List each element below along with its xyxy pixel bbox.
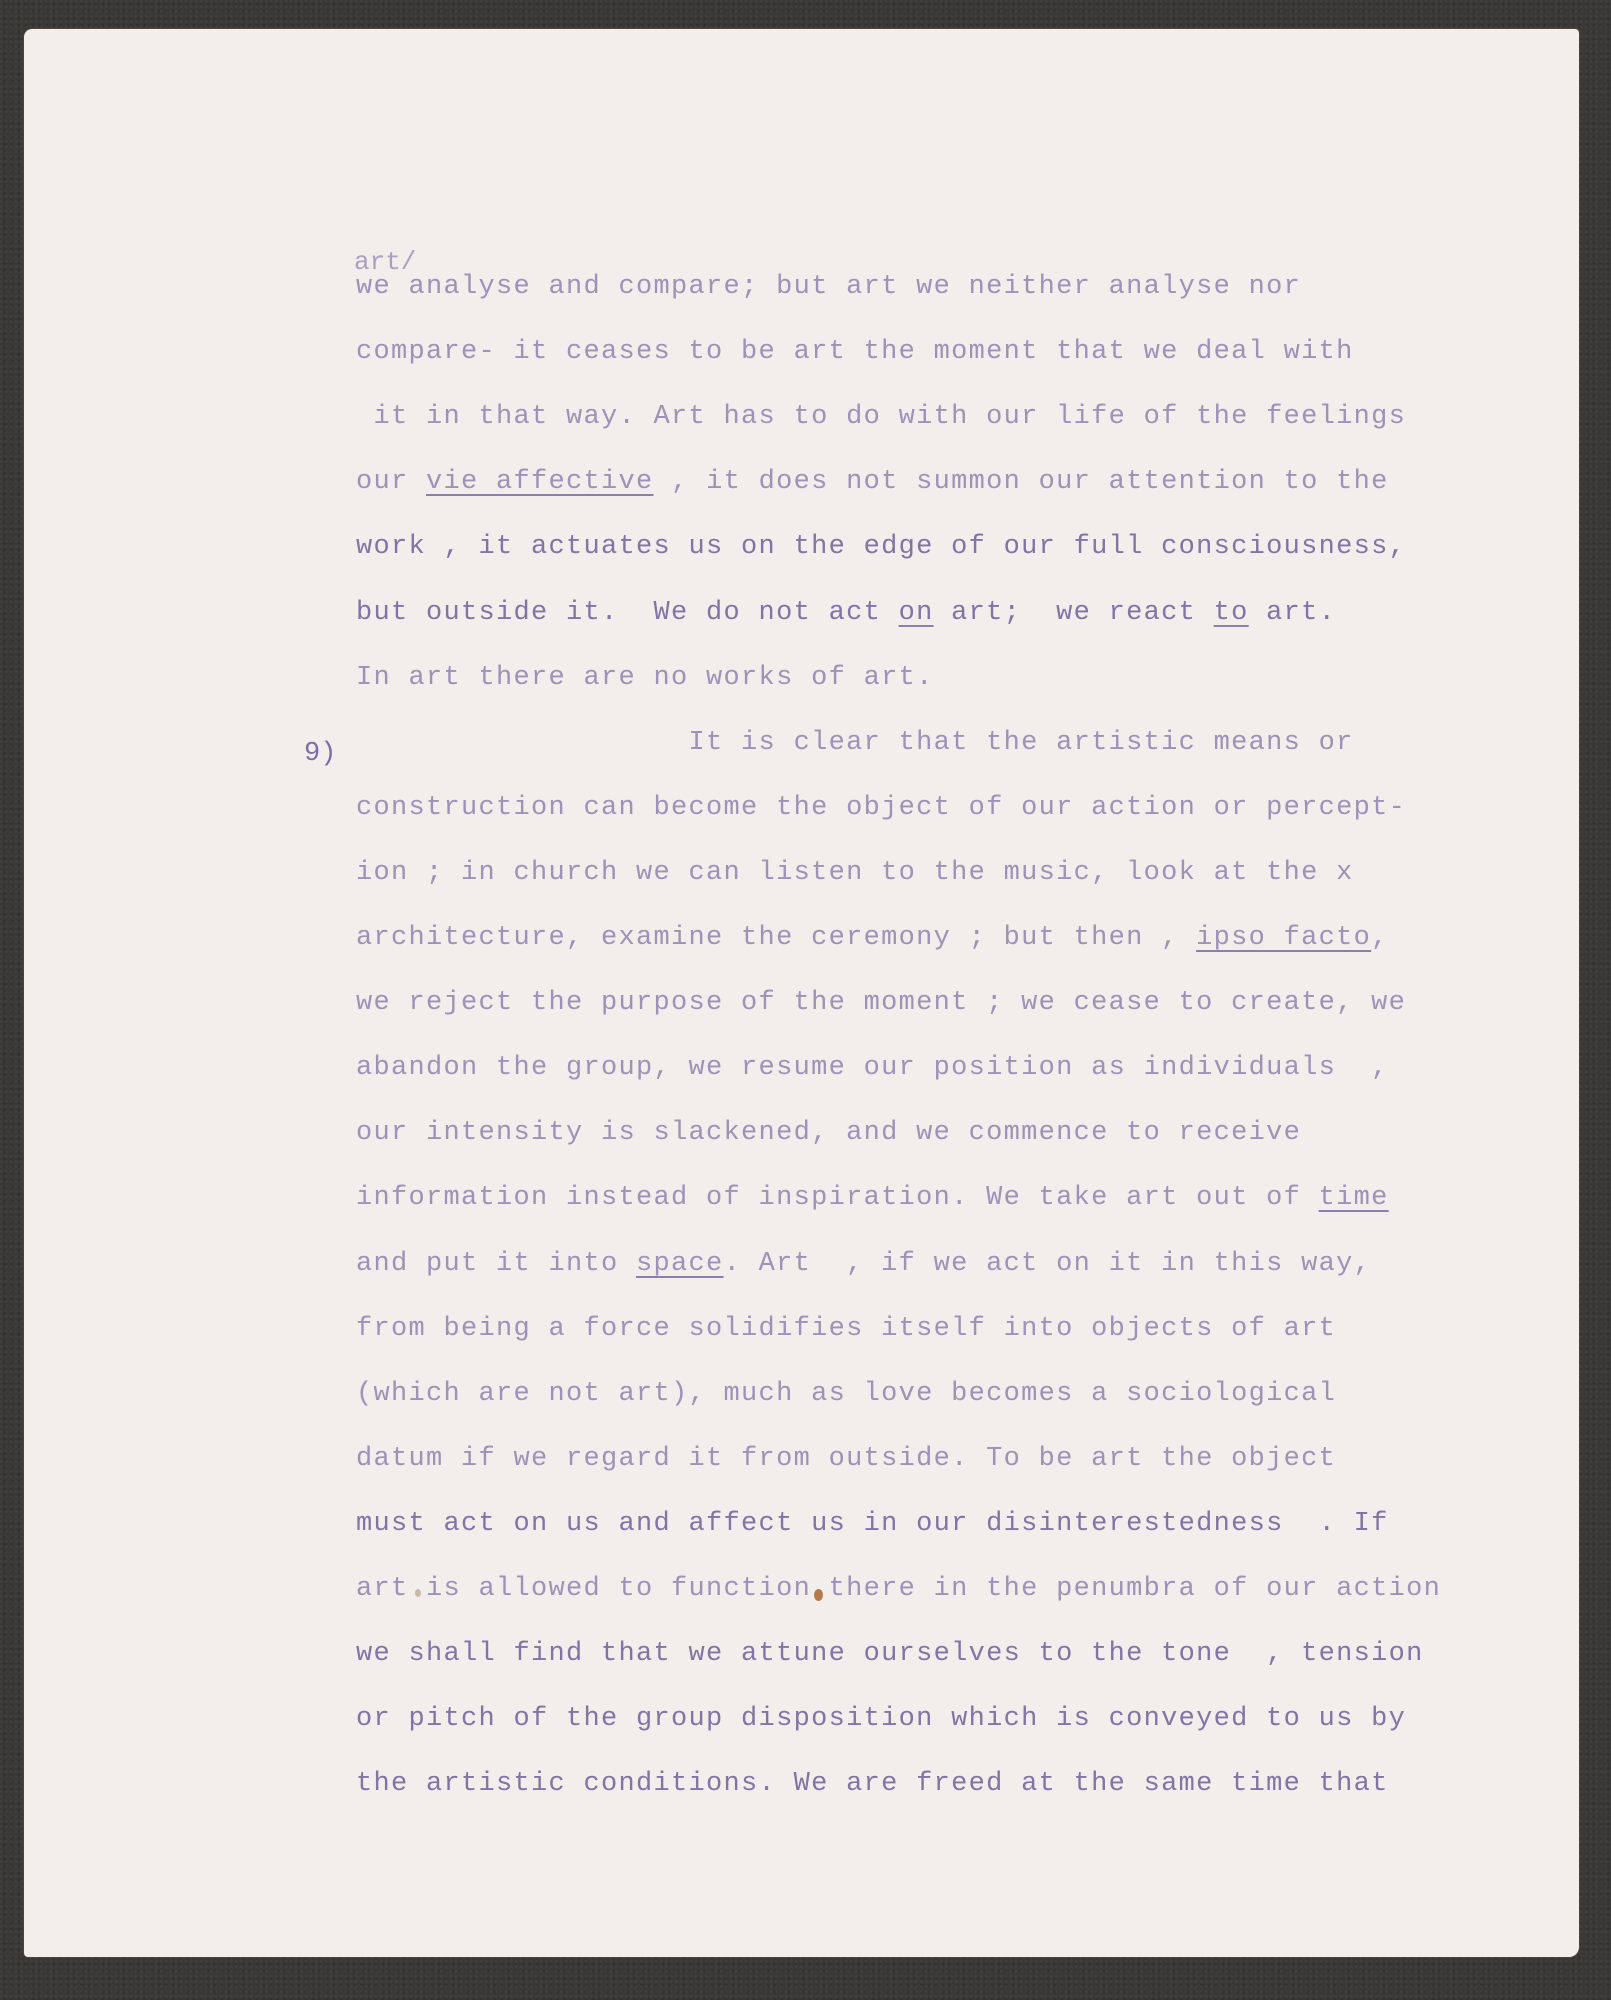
text-line: architecture, examine the ceremony ; but…: [356, 923, 1389, 953]
text-line: datum if we regard it from outside. To b…: [356, 1444, 1336, 1474]
text-segment: construction can become the object of ou…: [356, 793, 1406, 823]
text-line: abandon the group, we resume our positio…: [356, 1053, 1389, 1083]
stain-spot-small: [415, 1589, 421, 1597]
text-segment: In art there are no works of art.: [356, 663, 934, 693]
text-segment: ,: [1371, 923, 1389, 953]
text-segment: . Art , if we act on it in this way,: [724, 1249, 1372, 1279]
text-segment: compare- it ceases to be art the moment …: [356, 337, 1354, 367]
text-line: art is allowed to function there in the …: [356, 1574, 1441, 1604]
text-segment: It is clear that the artistic means or: [356, 728, 1354, 758]
text-segment: our: [356, 467, 426, 497]
text-line: we shall find that we attune ourselves t…: [356, 1639, 1424, 1669]
text-segment: work , it actuates us on the edge of our…: [356, 532, 1406, 562]
underlined-text: space: [636, 1249, 724, 1279]
text-line: it in that way. Art has to do with our l…: [356, 402, 1406, 432]
text-line: ion ; in church we can listen to the mus…: [356, 858, 1354, 888]
text-segment: must act on us and affect us in our disi…: [356, 1509, 1389, 1539]
text-segment: and put it into: [356, 1249, 636, 1279]
text-segment: we reject the purpose of the moment ; we…: [356, 988, 1406, 1018]
underlined-text: ipso facto: [1196, 923, 1371, 953]
text-line: In art there are no works of art.: [356, 663, 934, 693]
text-line: work , it actuates us on the edge of our…: [356, 532, 1406, 562]
manuscript-page: art/ 9) we analyse and compare; but art …: [24, 29, 1579, 1957]
text-line: we analyse and compare; but art we neith…: [356, 272, 1301, 302]
text-line: but outside it. We do not act on art; we…: [356, 598, 1336, 628]
text-segment: we analyse and compare; but art we neith…: [356, 272, 1301, 302]
text-segment: (which are not art), much as love become…: [356, 1379, 1336, 1409]
text-line: must act on us and affect us in our disi…: [356, 1509, 1389, 1539]
text-segment: abandon the group, we resume our positio…: [356, 1053, 1389, 1083]
text-line: compare- it ceases to be art the moment …: [356, 337, 1354, 367]
text-segment: we shall find that we attune ourselves t…: [356, 1639, 1424, 1669]
underlined-text: time: [1319, 1183, 1389, 1213]
text-line: the artistic conditions. We are freed at…: [356, 1769, 1389, 1799]
text-segment: from being a force solidifies itself int…: [356, 1314, 1336, 1344]
text-segment: it in that way. Art has to do with our l…: [356, 402, 1406, 432]
text-segment: architecture, examine the ceremony ; but…: [356, 923, 1196, 953]
text-line: our vie affective , it does not summon o…: [356, 467, 1389, 497]
text-line: construction can become the object of ou…: [356, 793, 1406, 823]
text-line: It is clear that the artistic means or: [356, 728, 1354, 758]
underlined-text: to: [1214, 598, 1249, 628]
text-segment: art; we react: [934, 598, 1214, 628]
text-line: information instead of inspiration. We t…: [356, 1183, 1389, 1213]
text-line: and put it into space. Art , if we act o…: [356, 1249, 1371, 1279]
underlined-text: on: [899, 598, 934, 628]
text-segment: art.: [1249, 598, 1337, 628]
text-line: or pitch of the group disposition which …: [356, 1704, 1406, 1734]
stain-spot: [814, 1589, 823, 1601]
text-line: (which are not art), much as love become…: [356, 1379, 1336, 1409]
text-line: from being a force solidifies itself int…: [356, 1314, 1336, 1344]
text-segment: ion ; in church we can listen to the mus…: [356, 858, 1354, 888]
text-line: our intensity is slackened, and we comme…: [356, 1118, 1301, 1148]
text-segment: information instead of inspiration. We t…: [356, 1183, 1319, 1213]
text-segment: , it does not summon our attention to th…: [654, 467, 1389, 497]
text-segment: datum if we regard it from outside. To b…: [356, 1444, 1336, 1474]
underlined-text: vie affective: [426, 467, 654, 497]
text-segment: the artistic conditions. We are freed at…: [356, 1769, 1389, 1799]
text-line: we reject the purpose of the moment ; we…: [356, 988, 1406, 1018]
section-marker: 9): [304, 739, 336, 769]
text-segment: or pitch of the group disposition which …: [356, 1704, 1406, 1734]
text-segment: our intensity is slackened, and we comme…: [356, 1118, 1301, 1148]
text-segment: art is allowed to function there in the …: [356, 1574, 1441, 1604]
text-segment: but outside it. We do not act: [356, 598, 899, 628]
